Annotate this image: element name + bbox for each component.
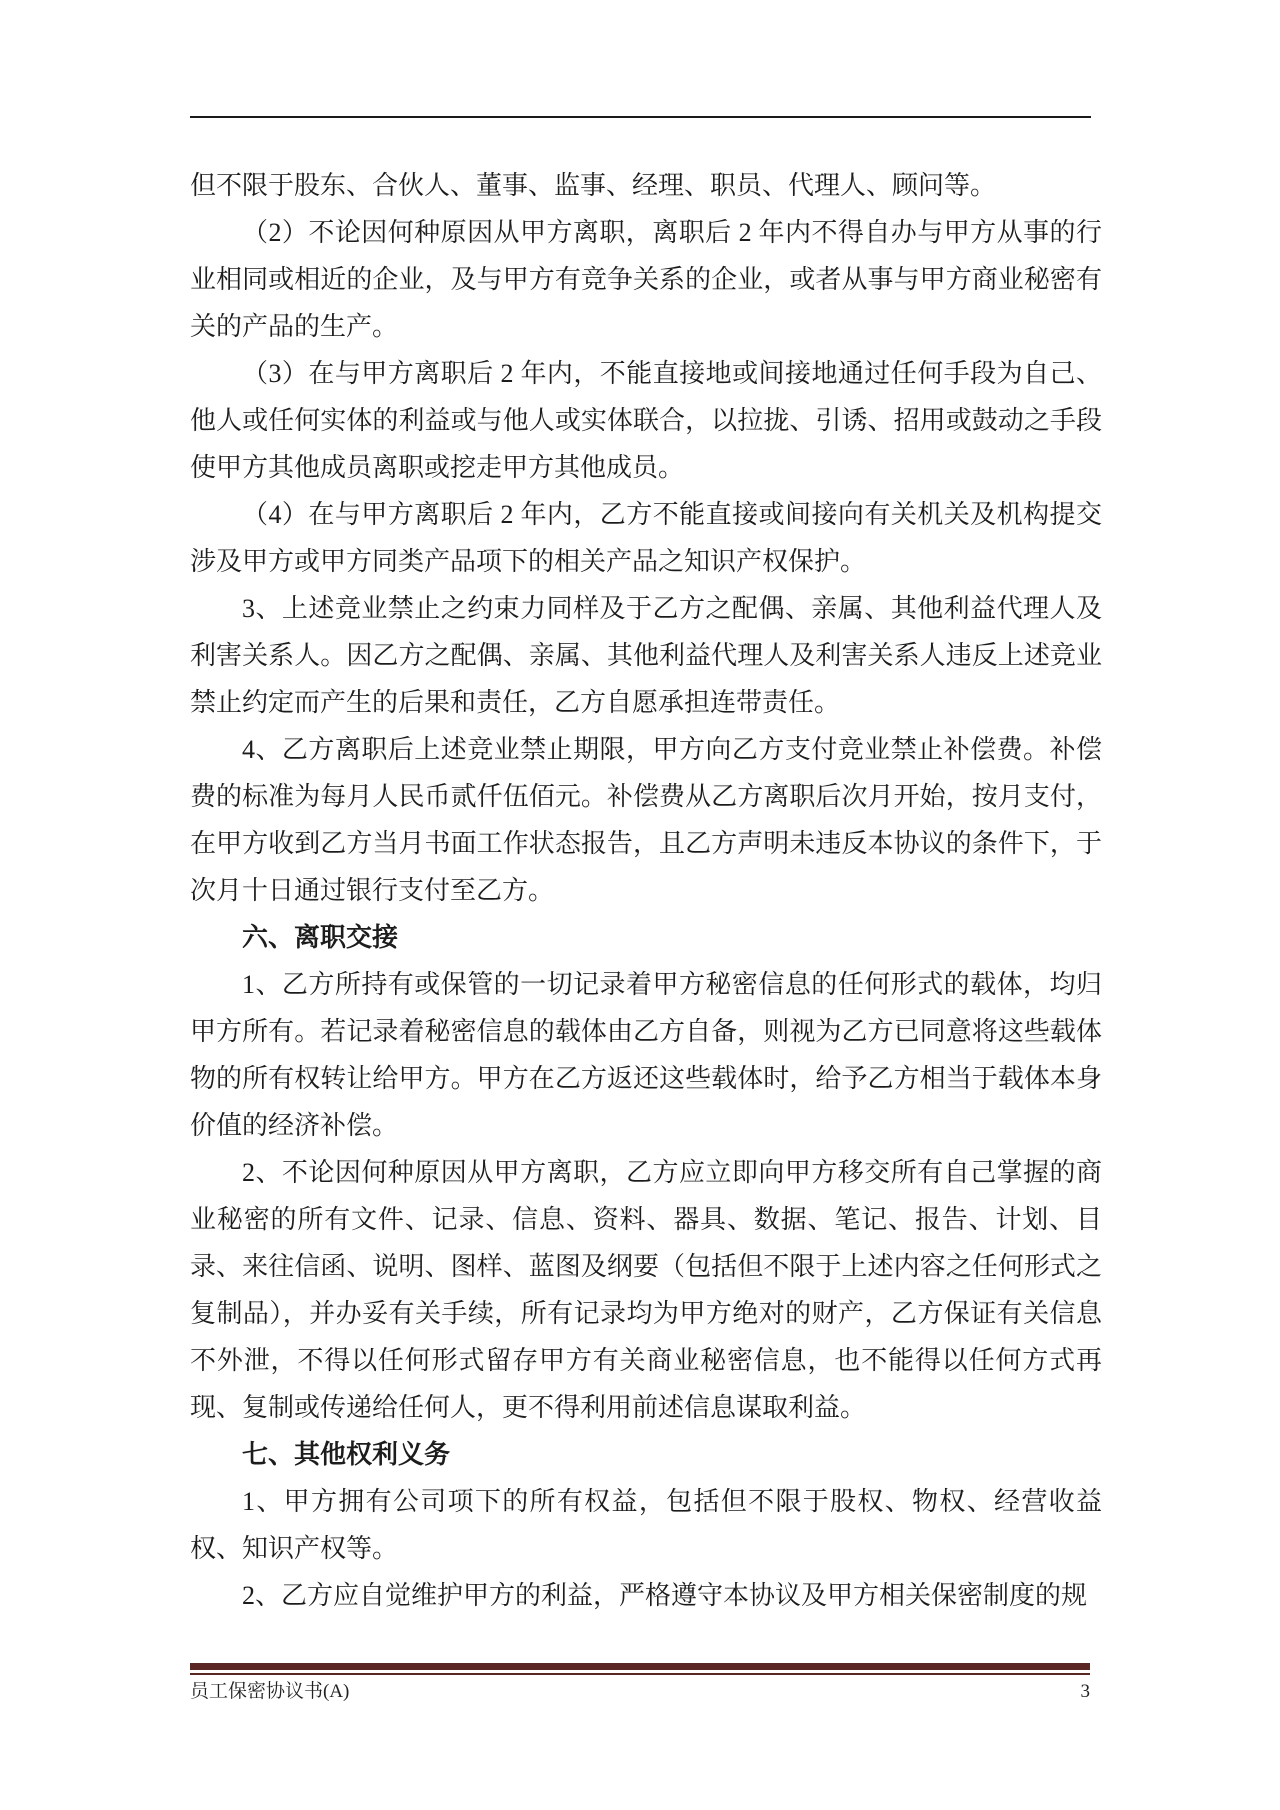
footer-rule-thin: [190, 1673, 1090, 1675]
page-footer: 员工保密协议书(A) 3: [190, 1679, 1090, 1705]
footer-page-number: 3: [1081, 1679, 1091, 1705]
paragraph: 4、乙方离职后上述竞业禁止期限，甲方向乙方支付竞业禁止补偿费。补偿费的标准为每月…: [190, 726, 1102, 914]
paragraph: （3）在与甲方离职后 2 年内，不能直接地或间接地通过任何手段为自己、他人或任何…: [190, 350, 1102, 491]
paragraph: 2、不论因何种原因从甲方离职，乙方应立即向甲方移交所有自己掌握的商业秘密的所有文…: [190, 1149, 1102, 1431]
paragraph: 1、甲方拥有公司项下的所有权益，包括但不限于股权、物权、经营收益权、知识产权等。: [190, 1478, 1102, 1572]
header-rule: [190, 116, 1091, 118]
footer-rule-thick: [190, 1663, 1090, 1670]
paragraph: （2）不论因何种原因从甲方离职，离职后 2 年内不得自办与甲方从事的行业相同或相…: [190, 209, 1102, 350]
paragraph: 1、乙方所持有或保管的一切记录着甲方秘密信息的任何形式的载体，均归甲方所有。若记…: [190, 961, 1102, 1149]
footer-rule: [190, 1663, 1090, 1675]
footer-doc-title: 员工保密协议书(A): [190, 1679, 349, 1705]
section-heading: 六、离职交接: [190, 914, 1102, 961]
paragraph: 3、上述竞业禁止之约束力同样及于乙方之配偶、亲属、其他利益代理人及利害关系人。因…: [190, 585, 1102, 726]
paragraph: 2、乙方应自觉维护甲方的利益，严格遵守本协议及甲方相关保密制度的规: [190, 1572, 1102, 1619]
section-heading: 七、其他权利义务: [190, 1431, 1102, 1478]
paragraph: （4）在与甲方离职后 2 年内，乙方不能直接或间接向有关机关及机构提交涉及甲方或…: [190, 491, 1102, 585]
paragraph: 但不限于股东、合伙人、董事、监事、经理、职员、代理人、顾问等。: [190, 162, 1102, 209]
document-body: 但不限于股东、合伙人、董事、监事、经理、职员、代理人、顾问等。 （2）不论因何种…: [190, 162, 1102, 1619]
document-page: 但不限于股东、合伙人、董事、监事、经理、职员、代理人、顾问等。 （2）不论因何种…: [0, 0, 1280, 1810]
